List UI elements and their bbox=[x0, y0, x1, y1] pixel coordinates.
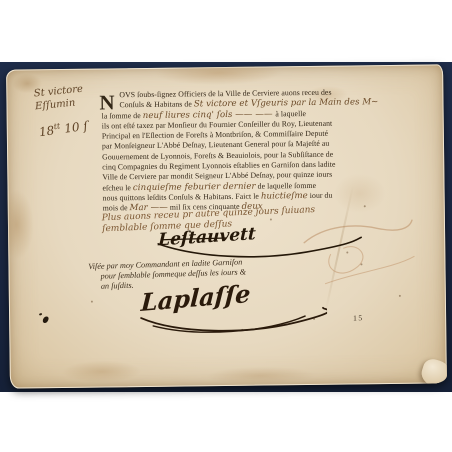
ink-blot bbox=[39, 313, 43, 316]
stain bbox=[154, 64, 282, 86]
printed-text: à laquelle bbox=[275, 109, 306, 118]
handwritten-text: St victore et Vſgeuris par la Main des M… bbox=[194, 97, 379, 109]
paper-curl bbox=[419, 357, 447, 389]
printed-text: Conſuls & Habitans de bbox=[119, 100, 193, 110]
amount-sols: 10 ſ bbox=[63, 119, 88, 136]
speck bbox=[91, 301, 93, 303]
stain bbox=[62, 360, 142, 383]
stain bbox=[206, 366, 316, 385]
printed-text: nous quittons leſdits Conſuls & Habitans… bbox=[103, 192, 261, 203]
photo-background: St victore Eſſumin 18tt 10 ſ N OVS ſoubs… bbox=[0, 62, 452, 392]
margin-note-place: St victore Eſſumin bbox=[33, 83, 85, 114]
page-number-mark: 15 bbox=[353, 313, 364, 322]
speck bbox=[399, 295, 401, 297]
handwritten-text: —— —— bbox=[232, 109, 275, 120]
ink-blot bbox=[42, 315, 49, 323]
drop-cap: N bbox=[99, 92, 114, 112]
printed-body-block: N OVS ſoubs-ſignez Officiers de la Ville… bbox=[101, 87, 406, 214]
printed-text: iour du bbox=[308, 191, 333, 200]
printed-text: de laquelle ſomme bbox=[256, 181, 317, 191]
stain bbox=[6, 189, 34, 259]
amount-unit: tt bbox=[53, 121, 61, 131]
signature-flourish-icon bbox=[137, 302, 327, 338]
handwritten-text: neuf liures cinq' ſols bbox=[143, 110, 233, 121]
margin-note-amount: 18tt 10 ſ bbox=[38, 118, 89, 139]
handwritten-text: huictieſme bbox=[261, 191, 308, 202]
printed-text: eſcheu le bbox=[102, 183, 132, 192]
manuscript-paper: St victore Eſſumin 18tt 10 ſ N OVS ſoubs… bbox=[6, 64, 447, 388]
